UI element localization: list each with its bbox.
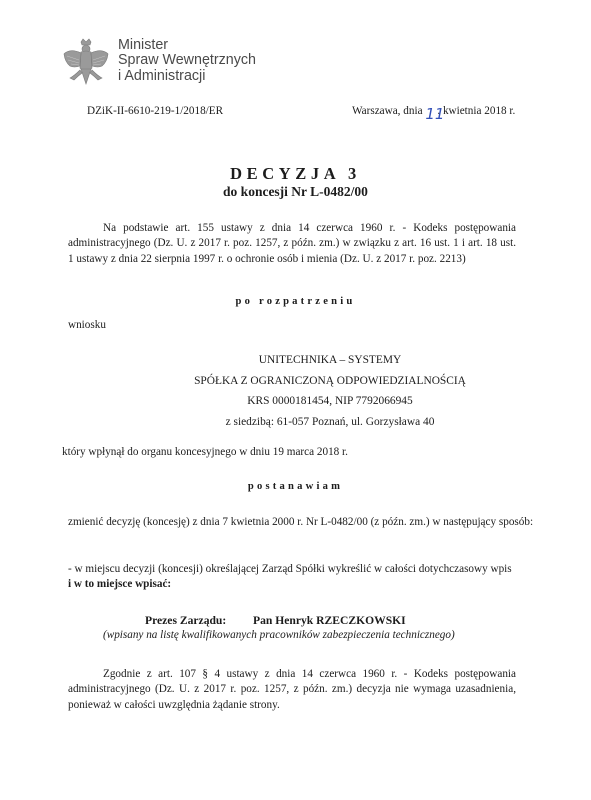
polish-eagle-emblem-icon [62, 38, 110, 92]
company-registry: KRS 0000181454, NIP 7792066945 [120, 391, 540, 412]
company-legal-form: SPÓŁKA Z OGRANICZONĄ ODPOWIEDZIALNOŚCIĄ [120, 371, 540, 392]
decision-subtitle: do koncesji Nr L-0482/00 [0, 184, 591, 200]
board-role: Prezes Zarządu: [145, 614, 226, 627]
legal-basis-paragraph: Na podstawie art. 155 ustawy z dnia 14 c… [68, 221, 516, 267]
place-prefix: Warszawa, dnia [352, 105, 423, 117]
reference-number: DZiK-II-6610-219-1/2018/ER [87, 105, 223, 117]
company-name: UNITECHNIKA – SYSTEMY [120, 350, 540, 371]
instruction-paragraph: - w miejscu decyzji (koncesji) określają… [68, 562, 516, 593]
ministry-line: i Administracji [118, 69, 256, 84]
after-review-heading: po rozpatrzeniu [0, 296, 591, 307]
ministry-logo: Minister Spraw Wewnętrznych i Administra… [62, 38, 262, 94]
instruction-bold-tail: i w to miejsce wpisać: [68, 578, 171, 590]
received-text: który wpłynął do organu koncesyjnego w d… [62, 446, 348, 458]
company-block: UNITECHNIKA – SYSTEMY SPÓŁKA Z OGRANICZO… [120, 350, 540, 432]
company-address: z siedzibą: 61-057 Poznań, ul. Gorzysław… [120, 412, 540, 433]
ministry-name: Minister Spraw Wewnętrznych i Administra… [118, 38, 256, 84]
ministry-line: Spraw Wewnętrznych [118, 53, 256, 68]
decision-title: DECYZJA 3 [0, 164, 591, 184]
request-label: wniosku [68, 319, 106, 331]
ministry-line: Minister [118, 38, 256, 53]
board-person: Pan Henryk RZECZKOWSKI [253, 614, 406, 627]
date-suffix: . kwietnia 2018 r. [437, 105, 515, 117]
place-and-date: Warszawa, dnia 11. kwietnia 2018 r. [352, 105, 515, 117]
change-text: zmienić decyzję (koncesję) z dnia 7 kwie… [68, 516, 533, 528]
decision-heading: postanawiam [0, 481, 591, 492]
board-note: (wpisany na listę kwalifikowanych pracow… [103, 629, 455, 641]
justification-paragraph: Zgodnie z art. 107 § 4 ustawy z dnia 14 … [68, 667, 516, 713]
